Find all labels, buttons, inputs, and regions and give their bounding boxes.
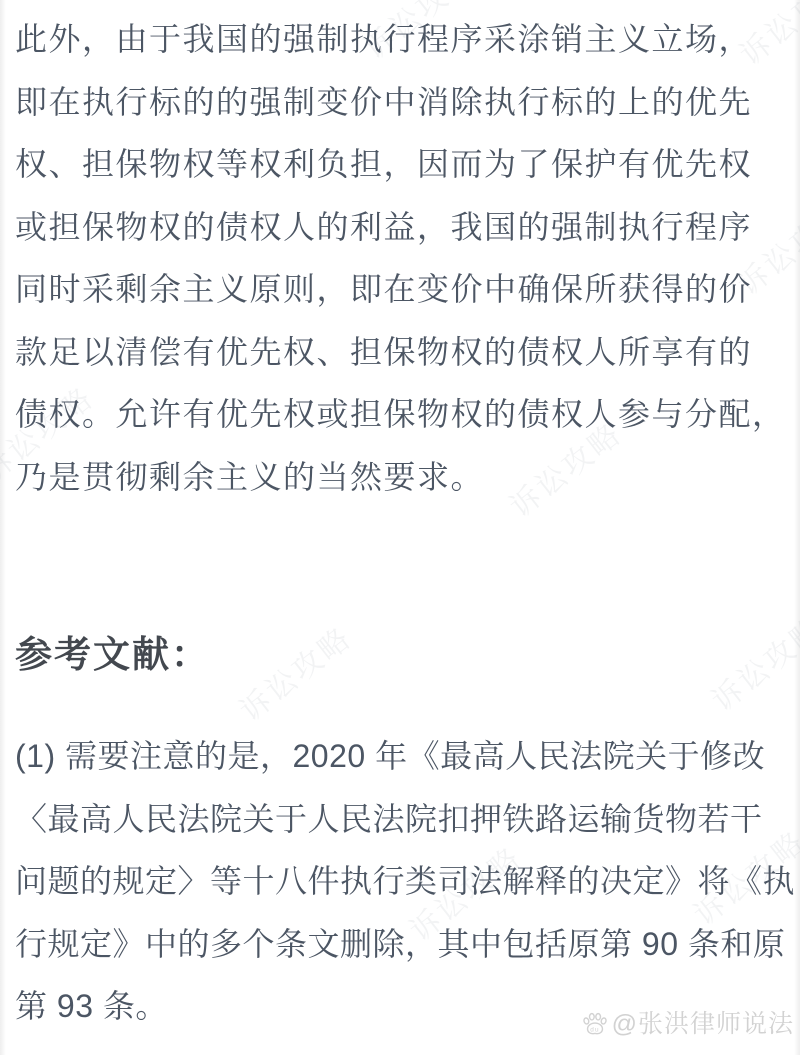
article-content: 此外，由于我国的强制执行程序采涂销主义立场， 即在执行标的的强制变价中消除执行标… bbox=[0, 0, 800, 1038]
text-line: 乃是贯彻剩余主义的当然要求。 bbox=[15, 446, 786, 509]
reference-item-1: (1) 需要注意的是，2020 年《最高人民法院关于修改 〈最高人民法院关于人民… bbox=[15, 725, 786, 1038]
text-line: 款足以清偿有优先权、担保物权的债权人所享有的 bbox=[15, 321, 786, 384]
paragraph-remainder-principle: 此外，由于我国的强制执行程序采涂销主义立场， 即在执行标的的强制变价中消除执行标… bbox=[15, 8, 786, 508]
text-line: 问题的规定〉等十八件执行类司法解释的决定》将《执 bbox=[15, 850, 786, 913]
text-line: 权、担保物权等权利负担，因而为了保护有优先权 bbox=[15, 133, 786, 196]
text-line: 即在执行标的的强制变价中消除执行标的上的优先 bbox=[15, 71, 786, 134]
paw-icon: du bbox=[581, 1010, 609, 1038]
text-line: 债权。允许有优先权或担保物权的债权人参与分配， bbox=[15, 383, 786, 446]
article-page: 诉讼攻略 诉讼攻略 诉讼攻略 诉讼攻略 诉讼攻略 诉讼攻略 诉讼攻略 诉讼攻略 … bbox=[0, 0, 800, 1055]
author-watermark: du @张洪律师说法 bbox=[581, 1010, 794, 1038]
text-line: 此外，由于我国的强制执行程序采涂销主义立场， bbox=[15, 8, 786, 71]
text-line: (1) 需要注意的是，2020 年《最高人民法院关于修改 bbox=[15, 725, 786, 788]
text-line: 〈最高人民法院关于人民法院扣押铁路运输货物若干 bbox=[15, 788, 786, 851]
author-watermark-text: @张洪律师说法 bbox=[612, 1010, 794, 1038]
references-heading: 参考文献： bbox=[15, 630, 786, 680]
text-line: 行规定》中的多个条文删除，其中包括原第 90 条和原 bbox=[15, 913, 786, 976]
paw-icon-label: du bbox=[590, 1026, 599, 1033]
text-line: 或担保物权的债权人的利益，我国的强制执行程序 bbox=[15, 196, 786, 259]
text-line: 同时采剩余主义原则，即在变价中确保所获得的价 bbox=[15, 258, 786, 321]
